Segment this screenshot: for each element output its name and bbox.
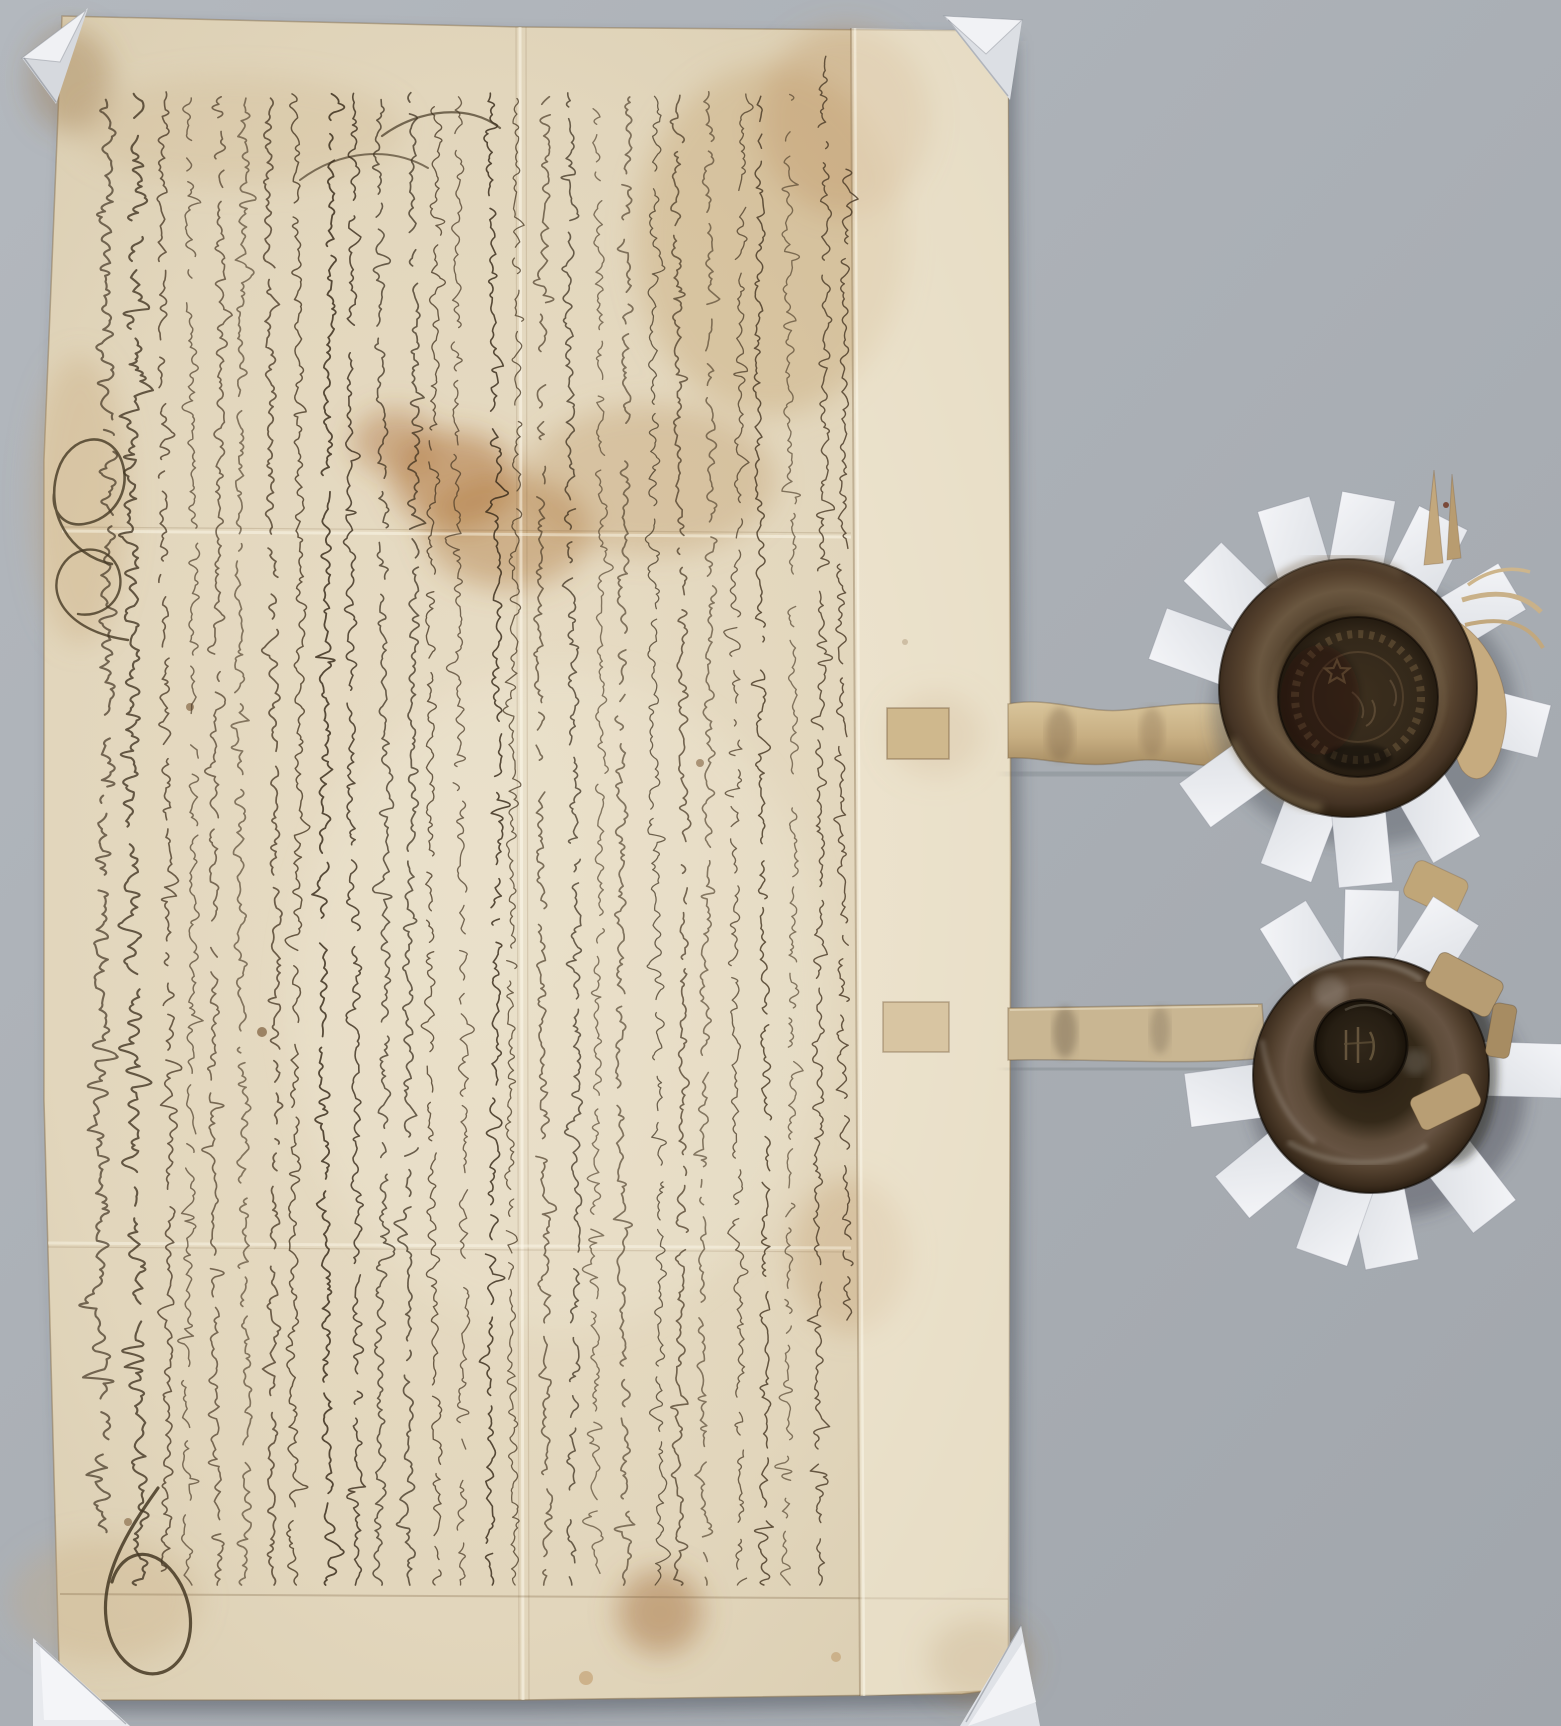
upper-seal-tag (1008, 702, 1244, 766)
tag-slit-upper (887, 708, 949, 759)
charter-photograph (0, 0, 1561, 1726)
upper-seal-impression (1278, 617, 1438, 777)
plica-fold (851, 28, 1010, 1696)
lower-seal-tag (1008, 1004, 1266, 1062)
parchment-sheet (10, 16, 1032, 1702)
lower-seal-impression (1315, 1000, 1407, 1092)
tag-slit-lower (883, 1002, 949, 1052)
photo-backdrop (0, 0, 1561, 1726)
